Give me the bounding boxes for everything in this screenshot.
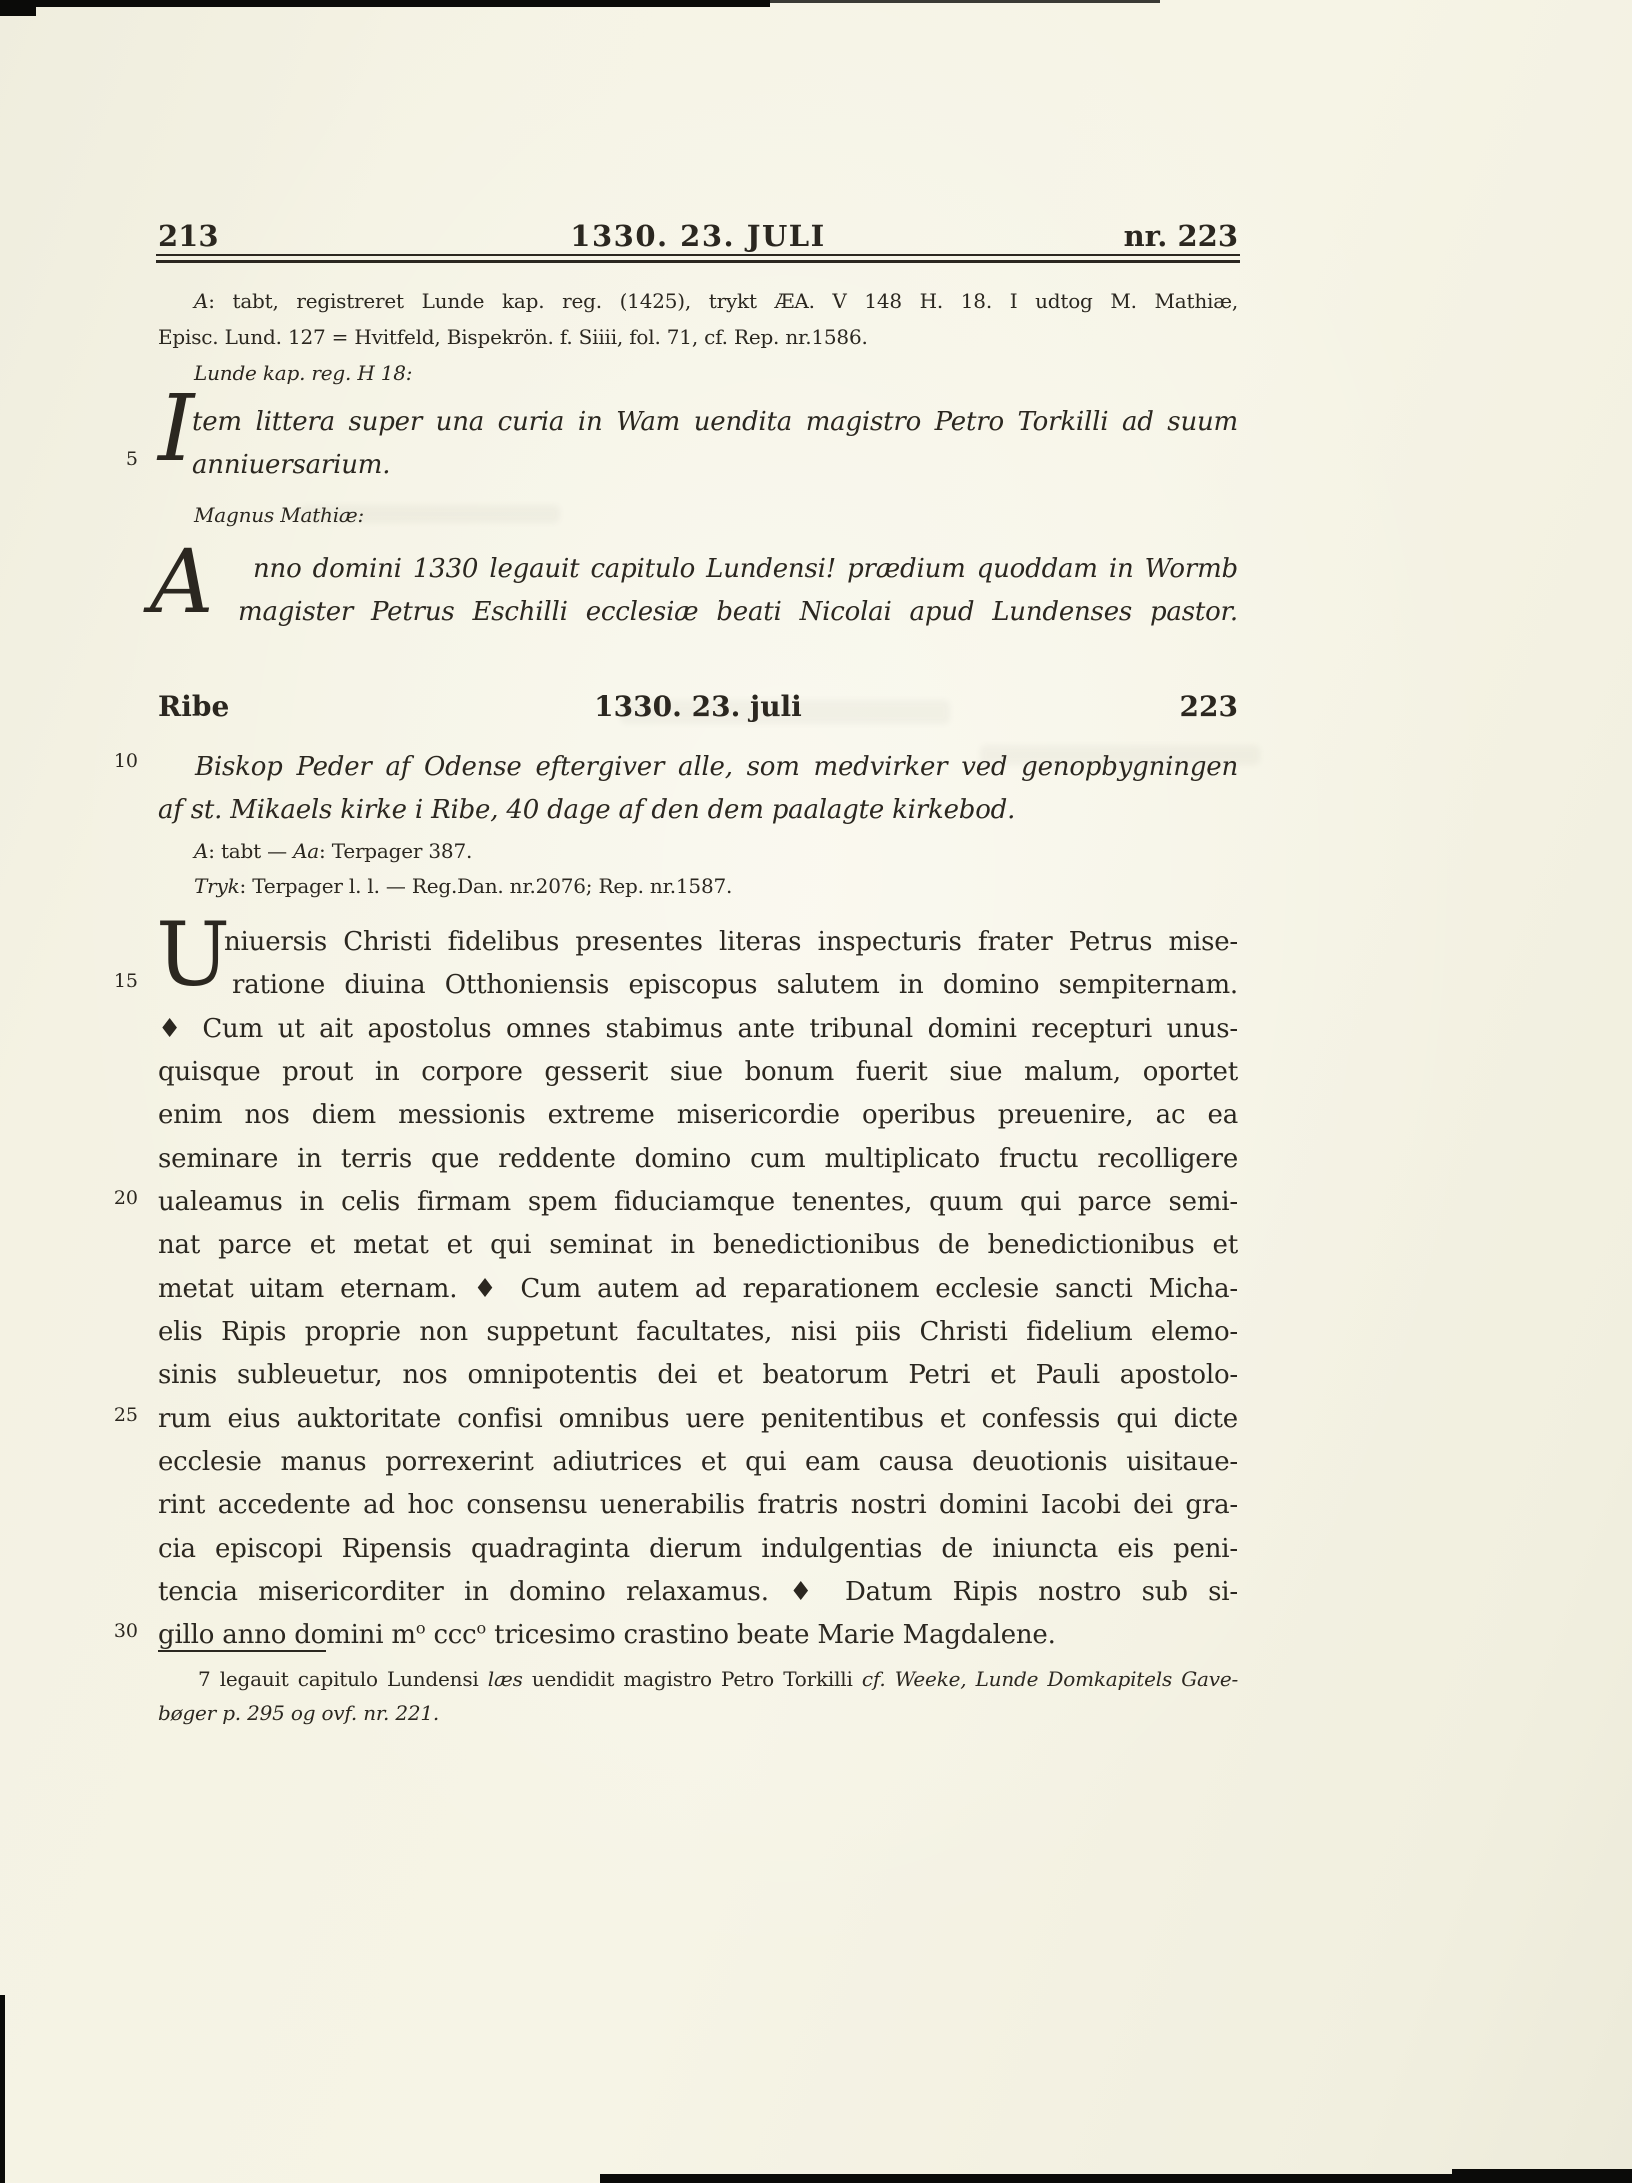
margin-line-number-30: 30 (62, 1620, 138, 1642)
latin-text: metat uitam eternam. ♦ Cum autem ad repa… (158, 1274, 1238, 1304)
footnote-italic-text: bøger p. 295 og ovf. nr. 221. (158, 1701, 439, 1725)
latin-text: ♦ Cum ut ait apostolus omnes stabimus an… (158, 1014, 1238, 1044)
latin-text-line: tencia misericorditer in domino relaxamu… (158, 1571, 1238, 1613)
superscript-o: o (477, 1618, 487, 1637)
scan-artifact-top-thin-bar (770, 0, 1160, 3)
apparatus-text: : tabt — (208, 839, 293, 863)
latin-text-line: quisque prout in corpore gesserit siue b… (158, 1051, 1238, 1093)
latin-text-line: cia episcopi Ripensis quadraginta dierum… (158, 1528, 1238, 1570)
footnote-text: 7 legauit capitulo Lundensi (198, 1667, 488, 1691)
latin-text-line: seminare in terris que reddente domino c… (158, 1138, 1238, 1180)
latin-text: nat parce et metat et qui seminat in ben… (158, 1230, 1238, 1260)
margin-line-number-15: 15 (62, 970, 138, 992)
summary-line: Biskop Peder af Odense eftergiver alle, … (158, 746, 1238, 788)
head-rule (156, 254, 1240, 263)
footnote-line: bøger p. 295 og ovf. nr. 221. (158, 1698, 1238, 1728)
latin-text-line: nat parce et metat et qui seminat in ben… (158, 1224, 1238, 1266)
latin-text: rum eius auktoritate confisi omnibus uer… (158, 1404, 1238, 1434)
scan-artifact-top-left-corner (0, 0, 36, 16)
latin-text: sinis subleuetur, nos omnipotentis dei e… (158, 1360, 1238, 1390)
latin-text-line: sinis subleuetur, nos omnipotentis dei e… (158, 1354, 1238, 1396)
latin-text: ualeamus in celis firmam spem fiduciamqu… (158, 1187, 1238, 1217)
siglum: Aa (293, 839, 319, 863)
apparatus-source-line: Lunde kap. reg. H 18: (158, 358, 1238, 388)
record-number: 223 (1180, 688, 1238, 726)
latin-text: cia episcopi Ripensis quadraginta dierum… (158, 1534, 1238, 1564)
apparatus-line: Tryk: Terpager l. l. — Reg.Dan. nr.2076;… (158, 871, 1238, 901)
latin-text: niuersis Christi fidelibus presentes lit… (224, 927, 1238, 957)
latin-text-line: elis Ripis proprie non suppetunt faculta… (158, 1311, 1238, 1353)
margin-line-number-25: 25 (62, 1404, 138, 1426)
latin-text: tencia misericorditer in domino relaxamu… (158, 1577, 1238, 1607)
footnote-rule (158, 1650, 326, 1652)
superscript-o: o (416, 1618, 426, 1637)
apparatus-line: A: tabt, registreret Lunde kap. reg. (14… (158, 286, 1238, 316)
latin-text-line: niuersis Christi fidelibus presentes lit… (158, 921, 1238, 963)
running-head-number: nr. 223 (1124, 218, 1238, 254)
latin-text: enim nos diem messionis extreme miserico… (158, 1100, 1238, 1130)
footnote-line: 7 legauit capitulo Lundensi læs uendidit… (158, 1664, 1238, 1694)
footnote-italic-text: cf. Weeke, Lunde Domkapitels Gave- (862, 1667, 1238, 1691)
apparatus-label: Tryk (194, 874, 240, 898)
attribution-text: Magnus Mathiæ: (194, 503, 364, 527)
latin-text: ccc (425, 1620, 476, 1650)
apparatus-text: : Terpager l. l. — Reg.Dan. nr.2076; Rep… (240, 874, 733, 898)
record-text: anniuersarium. (192, 450, 390, 480)
latin-text-line: rint accedente ad hoc consensu uenerabil… (158, 1484, 1238, 1526)
siglum: A (194, 289, 208, 313)
margin-line-number-10: 10 (62, 750, 138, 772)
latin-text-line: enim nos diem messionis extreme miserico… (158, 1094, 1238, 1136)
margin-line-number-5: 5 (62, 448, 138, 470)
latin-text-line: ratione diuina Otthoniensis episcopus sa… (158, 964, 1238, 1006)
record-text: nno domini 1330 legauit capitulo Lundens… (253, 554, 1238, 584)
record-date: 1330. 23. juli (158, 688, 1238, 726)
latin-text: gillo anno domini m (158, 1620, 416, 1650)
scanned-book-page: 213 1330. 23. JULI nr. 223 A: tabt, regi… (0, 0, 1632, 2183)
latin-text-line: ecclesie manus porrexerint adiutrices et… (158, 1441, 1238, 1483)
summary-text: af st. Mikaels kirke i Ribe, 40 dage af … (158, 795, 1015, 825)
record-text: tem littera super una curia in Wam uendi… (192, 407, 1238, 437)
record-text-line: tem littera super una curia in Wam uendi… (158, 401, 1238, 443)
latin-text-line: rum eius auktoritate confisi omnibus uer… (158, 1398, 1238, 1440)
scan-artifact-top-bar (0, 0, 770, 7)
siglum: A (194, 839, 208, 863)
latin-text-line: metat uitam eternam. ♦ Cum autem ad repa… (158, 1268, 1238, 1310)
latin-text: elis Ripis proprie non suppetunt faculta… (158, 1317, 1238, 1347)
apparatus-line: Episc. Lund. 127 = Hvitfeld, Bispekrön. … (158, 322, 1238, 352)
apparatus-text: : tabt, registreret Lunde kap. reg. (142… (208, 289, 1238, 313)
footnote-text: uendidit magistro Petro Torkilli (523, 1667, 862, 1691)
record-text-line: magister Petrus Eschilli ecclesiæ beati … (158, 591, 1238, 633)
summary-line: af st. Mikaels kirke i Ribe, 40 dage af … (158, 789, 1238, 831)
summary-text: Biskop Peder af Odense eftergiver alle, … (195, 752, 1238, 782)
record-text: magister Petrus Eschilli ecclesiæ beati … (238, 597, 1238, 627)
latin-text-line: ualeamus in celis firmam spem fiduciamqu… (158, 1181, 1238, 1223)
running-head: 213 1330. 23. JULI nr. 223 (158, 218, 1238, 254)
scan-artifact-left-sliver (0, 1995, 5, 2183)
apparatus-text: : Terpager 387. (319, 839, 472, 863)
apparatus-text: Lunde kap. reg. H 18: (194, 361, 412, 385)
latin-text: quisque prout in corpore gesserit siue b… (158, 1057, 1238, 1087)
margin-line-number-20: 20 (62, 1187, 138, 1209)
scan-artifact-bottom-right-corner (1452, 2169, 1632, 2183)
record-text-line: nno domini 1330 legauit capitulo Lundens… (158, 548, 1238, 590)
footnote-italic-text: læs (488, 1667, 523, 1691)
apparatus-line: A: tabt — Aa: Terpager 387. (158, 836, 1238, 866)
attribution-line: Magnus Mathiæ: (158, 500, 1238, 530)
latin-text: ecclesie manus porrexerint adiutrices et… (158, 1447, 1238, 1477)
latin-text: seminare in terris que reddente domino c… (158, 1144, 1238, 1174)
latin-text: rint accedente ad hoc consensu uenerabil… (158, 1490, 1238, 1520)
latin-text: tricesimo crastino beate Marie Magdalene… (486, 1620, 1056, 1650)
latin-text: ratione diuina Otthoniensis episcopus sa… (232, 970, 1238, 1000)
record-text-line: anniuersarium. (158, 444, 1238, 486)
apparatus-text: Episc. Lund. 127 = Hvitfeld, Bispekrön. … (158, 325, 868, 349)
record-heading: Ribe 1330. 23. juli 223 (158, 688, 1238, 726)
running-head-date: 1330. 23. JULI (158, 218, 1238, 254)
latin-text-line: ♦ Cum ut ait apostolus omnes stabimus an… (158, 1008, 1238, 1050)
